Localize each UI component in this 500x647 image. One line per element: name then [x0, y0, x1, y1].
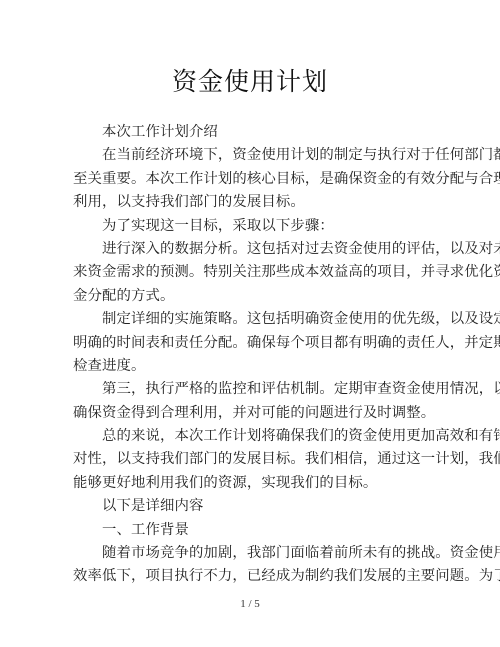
text-line: 第三，执行严格的监控和评估机制。定期审查资金使用情况，以: [73, 378, 420, 401]
text-line: 明确的时间表和责任分配。确保每个项目都有明确的责任人，并定期: [73, 332, 420, 355]
text-line: 金分配的方式。: [73, 285, 420, 308]
text-line: 效率低下，项目执行不力，已经成为制约我们发展的主要问题。为了: [73, 565, 420, 588]
text-line: 本次工作计划介绍: [73, 121, 420, 144]
text-line: 来资金需求的预测。特别关注那些成本效益高的项目，并寻求优化资: [73, 261, 420, 284]
text-line: 为了实现这一目标，采取以下步骤：: [73, 215, 420, 238]
text-line: 对性，以支持我们部门的发展目标。我们相信，通过这一计划，我们: [73, 448, 420, 471]
section-intro: 以下是详细内容: [73, 495, 420, 518]
text-line: 至关重要。本次工作计划的核心目标，是确保资金的有效分配与合理: [73, 168, 420, 191]
text-line: 在当前经济环境下，资金使用计划的制定与执行对于任何部门都: [73, 144, 420, 167]
text-line: 随着市场竞争的加剧，我部门面临着前所未有的挑战。资金使用: [73, 542, 420, 565]
text-line: 制定详细的实施策略。这包括明确资金使用的优先级，以及设定: [73, 308, 420, 331]
document-title: 资金使用计划: [0, 64, 500, 100]
text-line: 确保资金得到合理利用，并对可能的问题进行及时调整。: [73, 402, 420, 425]
section-heading: 一、工作背景: [73, 519, 420, 542]
text-line: 总的来说，本次工作计划将确保我们的资金使用更加高效和有针: [73, 425, 420, 448]
text-line: 能够更好地利用我们的资源，实现我们的目标。: [73, 472, 420, 495]
text-line: 利用，以支持我们部门的发展目标。: [73, 191, 420, 214]
page-number: 1 / 5: [0, 598, 500, 610]
document-body: 本次工作计划介绍 在当前经济环境下，资金使用计划的制定与执行对于任何部门都 至关…: [73, 121, 420, 589]
text-line: 检查进度。: [73, 355, 420, 378]
text-line: 进行深入的数据分析。这包括对过去资金使用的评估，以及对未: [73, 238, 420, 261]
document-page: 资金使用计划 本次工作计划介绍 在当前经济环境下，资金使用计划的制定与执行对于任…: [0, 0, 500, 647]
